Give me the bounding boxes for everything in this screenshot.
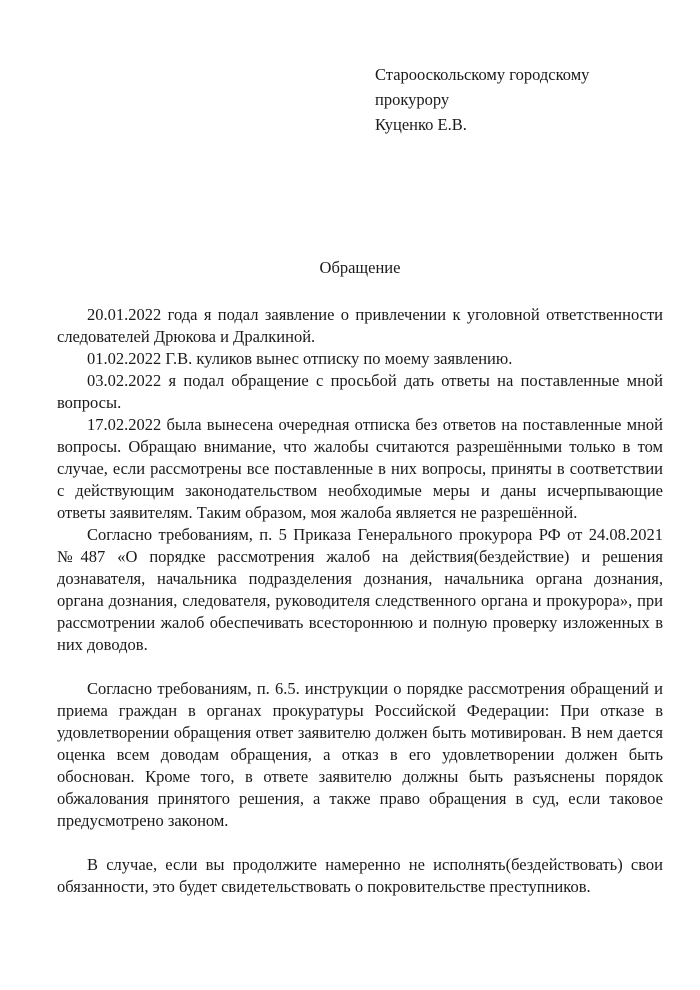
body-paragraph-2: 01.02.2022 Г.В. куликов вынес отписку по… [57,348,663,370]
body-paragraph-7: В случае, если вы продолжите намеренно н… [57,854,663,898]
recipient-line-organization: Старооскольскому городскому [375,62,625,87]
document-body: Обращение 20.01.2022 года я подал заявле… [57,257,663,898]
recipient-block: Старооскольскому городскому прокурору Ку… [375,62,625,137]
body-paragraph-4: 17.02.2022 была вынесена очередная отпис… [57,414,663,524]
document-page: Старооскольскому городскому прокурору Ку… [0,0,700,990]
document-title: Обращение [57,257,663,279]
body-paragraph-1: 20.01.2022 года я подал заявление о прив… [57,304,663,348]
body-paragraph-6: Согласно требованиям, п. 6.5. инструкции… [57,678,663,832]
recipient-line-position: прокурору [375,87,625,112]
body-paragraph-5: Согласно требованиям, п. 5 Приказа Генер… [57,524,663,656]
body-paragraph-3: 03.02.2022 я подал обращение с просьбой … [57,370,663,414]
recipient-line-name: Куценко Е.В. [375,112,625,137]
